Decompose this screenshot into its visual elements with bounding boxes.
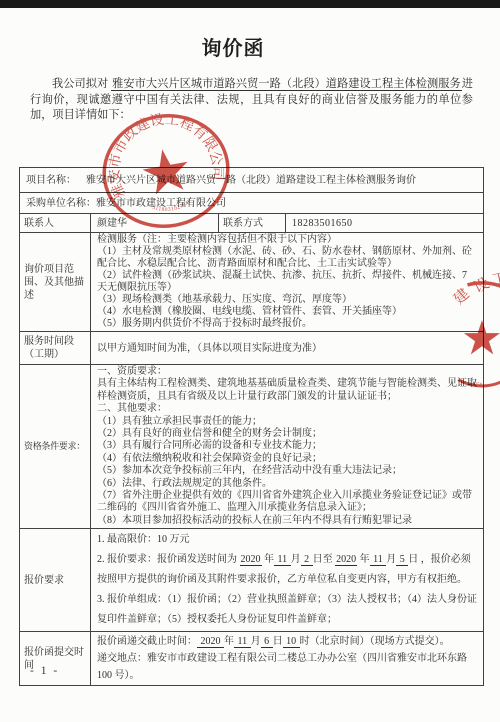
page-number: - 1 - [30, 665, 59, 677]
text-segment: 月 [386, 554, 396, 565]
purchaser-label: 采购单位名称： [26, 198, 96, 209]
day-fill: 2 [301, 554, 313, 566]
text-segment: 时（北京时间）（现场方式提交）。 [300, 636, 450, 647]
row-scope: 询价项目范围、及其他描述 检测服务（注：主要检测内容包括但不限于以下内容） （1… [20, 233, 484, 332]
qualification-line: 具有主体结构工程检测类、建筑地基基础质量检查类、建筑节能与智能检测类、见证取样检… [97, 378, 477, 403]
seal-char: 工 [491, 272, 500, 289]
qualification-label: 资格条件要求： [20, 365, 91, 529]
document-page: 询价函 我公司拟对 雅安市大兴片区城市道路兴贸一路（北段）道路建设工程主体检测服… [0, 0, 500, 722]
text-segment: 日 [273, 636, 283, 647]
text-segment: 2. 报价要求：报价函发送时间为 [97, 554, 240, 565]
intro-paragraph: 我公司拟对 雅安市大兴片区城市道路兴贸一路（北段）道路建设工程主体检测服务进行询… [30, 77, 473, 124]
qualification-line: （1）具有独立承担民事责任的能力； [97, 416, 477, 428]
quote-item-dates: 2. 报价要求：报价函发送时间为 2020 年 11 月 2 日至 2020 年… [97, 550, 477, 590]
row-service-period: 服务时间段（工期） 以甲方通知时间为准，（具体以项目实际进度为准） [20, 332, 484, 365]
row-submission: 报价函提交时间 报价函递交截止时间： 2020 年 11 月 6 日 10 时（… [20, 632, 484, 686]
scope-line: （3）现场检测类（地基承载力、压实度、弯沉、厚度等） [97, 294, 477, 306]
text-segment: 月 [251, 636, 261, 647]
month-fill: 11 [370, 554, 387, 566]
scope-line: （5）服务期内供货价不得高于投标时最终报价。 [97, 318, 477, 330]
qualification-line: （8）本项目参加招投标活动的投标人在前三年内不得具有行贿犯罪记录 [97, 515, 477, 527]
row-project: 项目名称：雅安市大兴片区城市道路兴贸一路（北段）道路建设工程主体检测服务询价 [20, 168, 484, 193]
qualification-line: （6）法律、行政法规规定的其他条件。 [97, 478, 477, 490]
qualification-line: （4）有依法缴纳税收和社会保障资金的良好记录； [97, 453, 477, 465]
text-segment: 报价函递交截止时间： [97, 636, 197, 647]
submission-location: 递交地点：雅安市市政建设工程有限公司二楼总工办办公室（四川省雅安市北环东路 10… [97, 650, 477, 684]
year-fill: 2020 [197, 636, 224, 648]
purchaser-value: 雅安市市政建设工程有限公司 [96, 198, 226, 209]
project-value: 雅安市大兴片区城市道路兴贸一路（北段）道路建设工程主体检测服务询价 [86, 175, 416, 186]
scope-line: （2）试件检测（砂浆试块、混凝土试快、抗渗、抗压、抗折、焊接件、机械连接、7 天… [97, 270, 477, 294]
month-fill: 11 [234, 636, 251, 648]
text-segment: 年 [224, 636, 234, 647]
text-segment: 月 [291, 554, 301, 565]
year-fill: 2020 [240, 554, 262, 566]
submission-content: 报价函递交截止时间： 2020 年 11 月 6 日 10 时（北京时间）（现场… [91, 632, 484, 686]
service-period-value: 以甲方通知时间为准，（具体以项目实际进度为准） [91, 332, 484, 365]
submission-label: 报价函提交时间 [20, 632, 91, 686]
year-fill: 2020 [335, 554, 357, 566]
quote-item-composition: 3. 报价单组成：（1）报价函；（2）营业执照盖鲜章；（3）法人授权书；（4）法… [97, 590, 477, 630]
scope-content: 检测服务（注：主要检测内容包括但不限于以下内容） （1）主材及常规类原材检测（水… [91, 233, 484, 332]
page-title: 询价函 [0, 32, 466, 61]
contact-name-label: 联系人 [20, 214, 91, 233]
quote-item-max-price: 1. 最高限价：10 万元 [97, 530, 477, 550]
service-period-label: 服务时间段（工期） [20, 332, 91, 365]
row-contact: 联系人 颜建华 联系方式 18283501650 [20, 214, 484, 233]
submission-deadline: 报价函递交截止时间： 2020 年 11 月 6 日 10 时（北京时间）（现场… [97, 633, 477, 650]
qualification-content: 一、资质要求： 具有主体结构工程检测类、建筑地基基础质量检查类、建筑节能与智能检… [91, 365, 484, 529]
inquiry-table: 项目名称：雅安市大兴片区城市道路兴贸一路（北段）道路建设工程主体检测服务询价 采… [19, 167, 484, 686]
intro-lead: 我公司拟对 [52, 78, 111, 90]
text-segment: 日至 [313, 554, 336, 565]
row-purchaser: 采购单位名称：雅安市市政建设工程有限公司 [20, 193, 484, 214]
quote-label: 报价要求 [20, 529, 91, 632]
text-segment: 年 [262, 554, 275, 565]
row-qualification: 资格条件要求： 一、资质要求： 具有主体结构工程检测类、建筑地基基础质量检查类、… [20, 365, 484, 529]
scan-edge-artifact [0, 0, 500, 8]
project-label: 项目名称： [26, 175, 76, 186]
day-fill: 5 [396, 554, 408, 566]
qualification-line: 一、资质要求： [97, 366, 477, 378]
month-fill: 11 [274, 554, 291, 566]
text-segment: 年 [357, 554, 370, 565]
scope-label: 询价项目范围、及其他描述 [20, 233, 91, 332]
contact-phone: 18283501650 [286, 214, 484, 233]
scope-line: 检测服务（注：主要检测内容包括但不限于以下内容） [97, 234, 477, 246]
hour-fill: 10 [283, 636, 300, 648]
row-quote-requirements: 报价要求 1. 最高限价：10 万元 2. 报价要求：报价函发送时间为 2020… [20, 529, 484, 632]
intro-project-name: 雅安市大兴片区城市道路兴贸一路（北段）道路建设工程主体检测服务 [111, 78, 462, 91]
qualification-line: （3）具有履行合同所必需的设备和专业技术能力； [97, 440, 477, 452]
contact-name: 颜建华 [91, 214, 219, 233]
qualification-line: （7）省外注册企业提供有效的《四川省省外建筑企业入川承揽业务验证登记证》或带二维… [97, 490, 477, 515]
qualification-line: （2）具有良好的商业信誉和健全的财务会计制度； [97, 428, 477, 440]
qualification-line: 二、其他要求： [97, 403, 477, 415]
contact-phone-label: 联系方式 [219, 214, 286, 233]
quote-content: 1. 最高限价：10 万元 2. 报价要求：报价函发送时间为 2020 年 11… [91, 529, 484, 632]
day-fill: 6 [261, 636, 273, 648]
scope-line: （1）主材及常规类原材检测（水泥、砖、砂、石、防水卷材、钢筋原材、外加剂、砼配合… [97, 246, 477, 270]
qualification-line: （5）参加本次竞争投标前三年内，在经营活动中没有重大违法记录； [97, 465, 477, 477]
scope-line: （4）水电检测（橡胶圈、电线电缆、管材管件、套管、开关插座等） [97, 306, 477, 318]
